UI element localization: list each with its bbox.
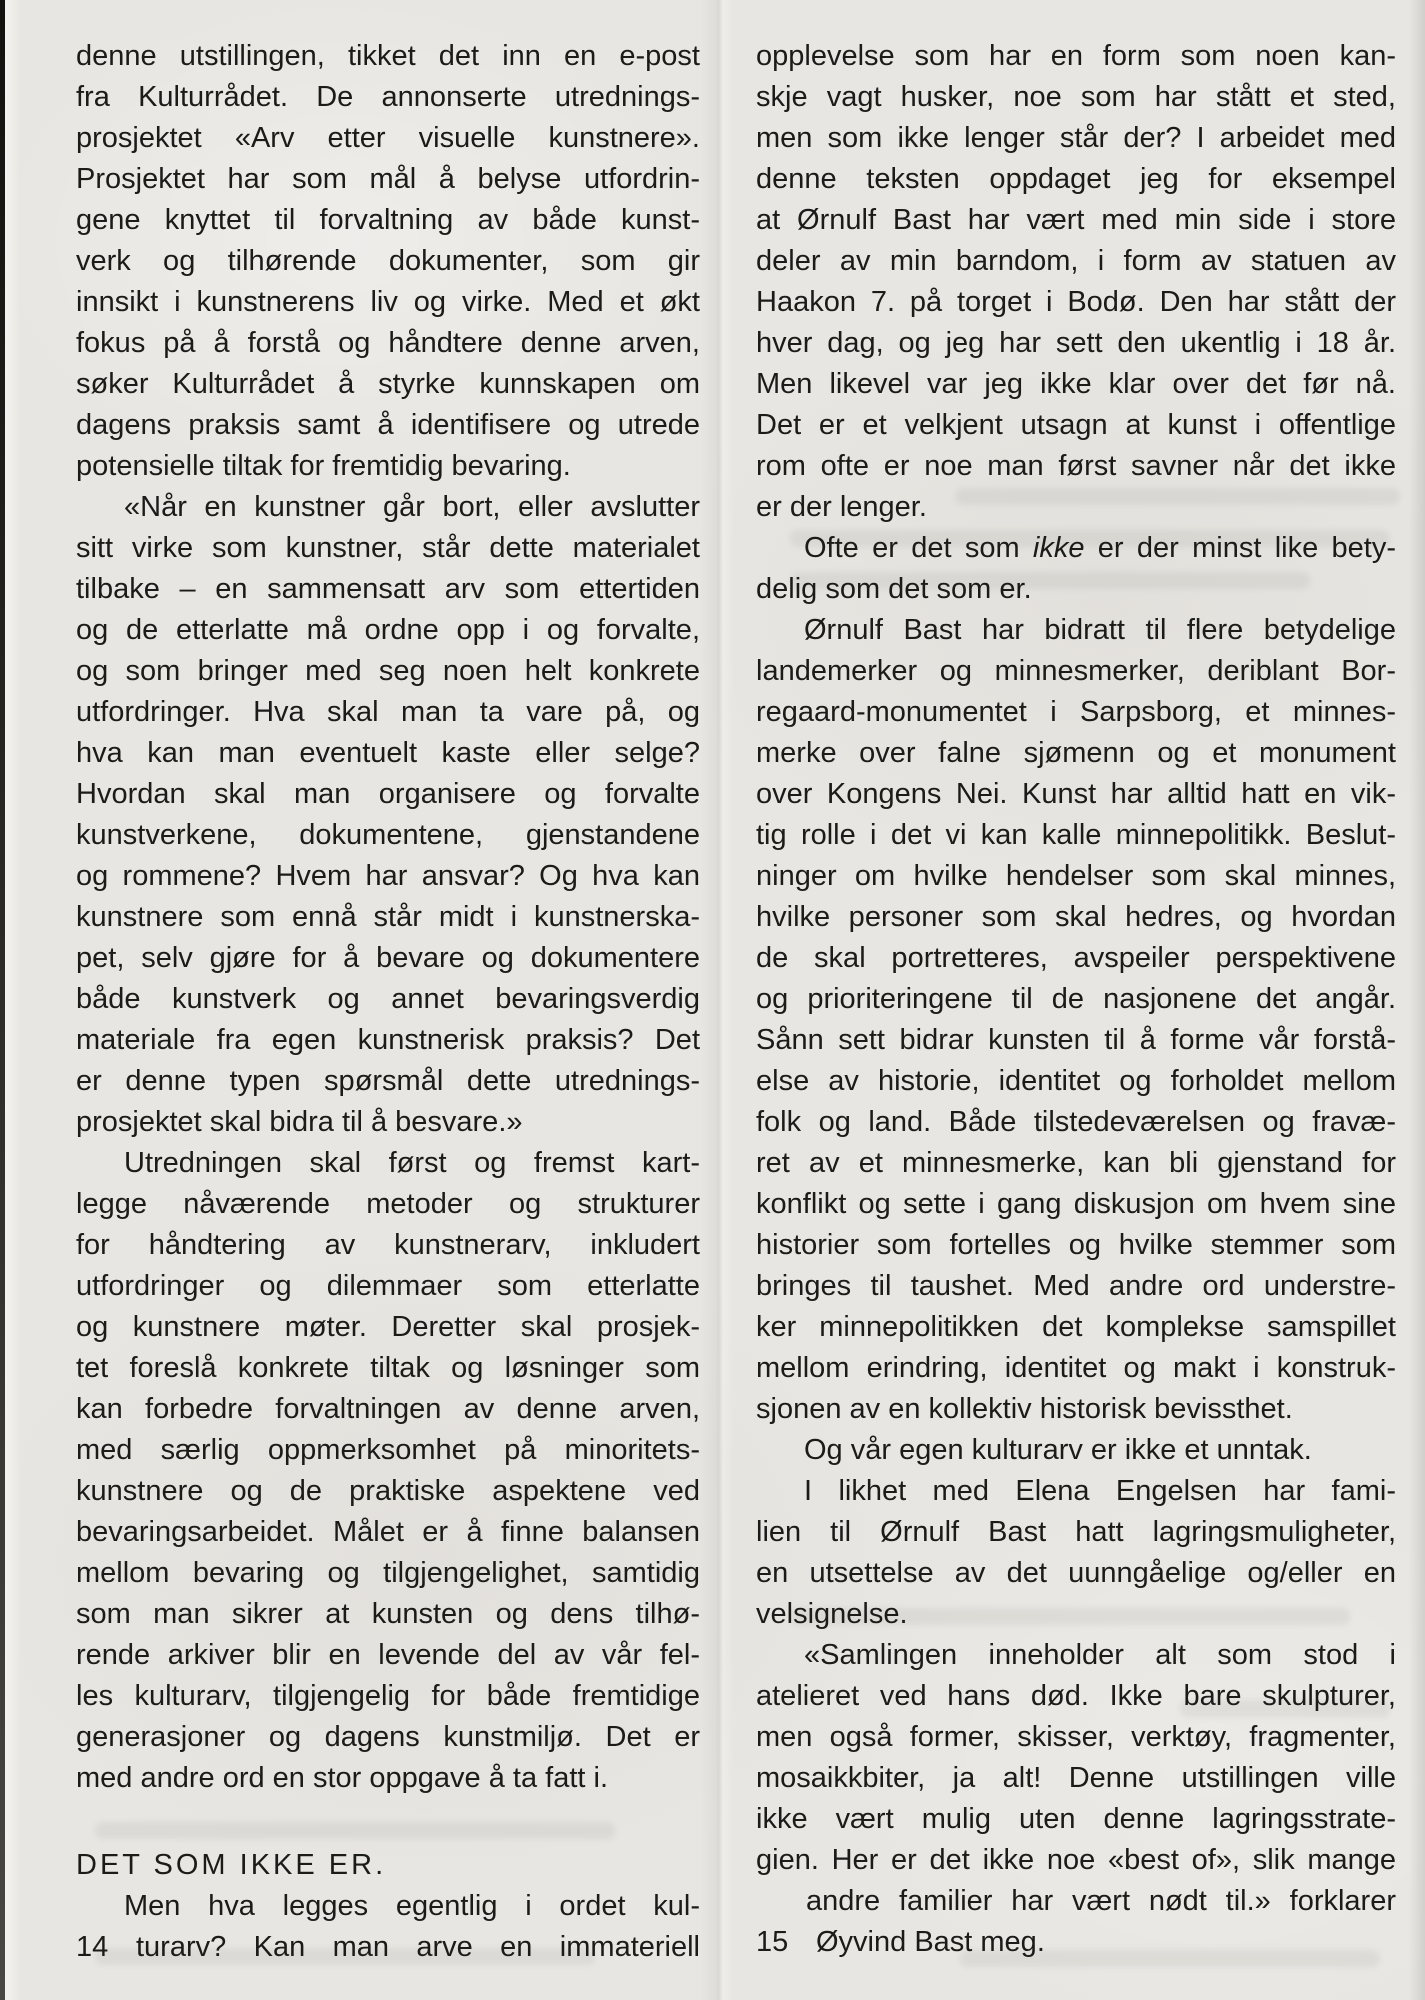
text-line: Utredningen skal først og fremst kart- [76,1143,700,1184]
text-line: Hvordan skal man organisere og forvalte [76,774,700,815]
text-line: legge nåværende metoder og strukturer [76,1184,700,1225]
text-line: og kunstnere møter. Deretter skal prosje… [76,1307,700,1348]
text-line: les kulturarv, tilgjengelig for både fre… [76,1676,700,1717]
scanned-document-page: denne utstillingen, tikket det inn en e-… [0,0,1425,2000]
text-line: de skal portretteres, avspeiler perspekt… [756,938,1396,979]
text-line: med særlig oppmerksomhet på minoritets- [76,1430,700,1471]
text-line: men som ikke lenger står der? I arbeidet… [756,118,1396,159]
text-line: for håndtering av kunstnerarv, inkludert [76,1225,700,1266]
text-line: hva kan man eventuelt kaste eller selge? [76,733,700,774]
text-line: dagens praksis samt å identifisere og ut… [76,405,700,446]
text-line: fokus på å forstå og håndtere denne arve… [76,323,700,364]
text-line: pet, selv gjøre for å bevare og dokument… [76,938,700,979]
text-line: landemerker og minnesmerker, deriblant B… [756,651,1396,692]
text-line: med andre ord en stor oppgave å ta fatt … [76,1758,700,1799]
text-line: Haakon 7. på torget i Bodø. Den har ståt… [756,282,1396,323]
text-line: søker Kulturrådet å styrke kunnskapen om [76,364,700,405]
text-line: ker minnepolitikken det komplekse samspi… [756,1307,1396,1348]
text-line: utfordringer. Hva skal man ta vare på, o… [76,692,700,733]
text-line: atelieret ved hans død. Ikke bare skulpt… [756,1676,1396,1717]
text-line: velsignelse. [756,1594,1396,1635]
paragraph: denne utstillingen, tikket det inn en e-… [76,36,700,487]
text-line: kunstnere som ennå står midt i kunstners… [76,897,700,938]
paragraph: Ørnulf Bast har bidratt til flere betyde… [756,610,1396,1430]
text-line: sitt virke som kunstner, står dette mate… [76,528,700,569]
text-line: er denne typen spørsmål dette utrednings… [76,1061,700,1102]
text-line: prosjektet skal bidra til å besvare.» [76,1102,700,1143]
paragraph: «Når en kunstner går bort, eller avslutt… [76,487,700,1143]
paragraph: I likhet med Elena Engelsen har fami-lie… [756,1471,1396,1635]
text-line: rende arkiver blir en levende del av vår… [76,1635,700,1676]
text-line: ret av et minnesmerke, kan bli gjenstand… [756,1143,1396,1184]
text-line: denne teksten oppdaget jeg for eksempel [756,159,1396,200]
left-column: denne utstillingen, tikket det inn en e-… [76,36,700,1968]
text-line: 15Øyvind Bast meg. [756,1922,1396,1963]
text-line: som man sikrer at kunsten og dens tilhø- [76,1594,700,1635]
text-line: I likhet med Elena Engelsen har fami- [756,1471,1396,1512]
text-line: kan forbedre forvaltningen av denne arve… [76,1389,700,1430]
text-line: deler av min barndom, i form av statuen … [756,241,1396,282]
scan-edge-highlight [5,0,21,2000]
text-line: skje vagt husker, noe som har stått et s… [756,77,1396,118]
text-line: rom ofte er noe man først savner når det… [756,446,1396,487]
text-line: materiale fra egen kunstnerisk praksis? … [76,1020,700,1061]
page-crease [700,0,740,2000]
italic-word: ikke [1033,532,1085,564]
text-line: historier som fortelles og hvilke stemme… [756,1225,1396,1266]
text-line: at Ørnulf Bast har vært med min side i s… [756,200,1396,241]
text-line: gene knyttet til forvaltning av både kun… [76,200,700,241]
text-line: merke over falne sjømenn og et monument [756,733,1396,774]
text-line: over Kongens Nei. Kunst har alltid hatt … [756,774,1396,815]
text-line: mosaikkbiter, ja alt! Denne utstillingen… [756,1758,1396,1799]
paragraph: Utredningen skal først og fremst kart-le… [76,1143,700,1799]
paragraph: opplevelse som har en form som noen kan-… [756,36,1396,528]
text-line: utfordringer og dilemmaer som etterlatte [76,1266,700,1307]
text-line: Ofte er det som ikke er der minst like b… [756,528,1396,569]
text-line: både kunstverk og annet bevaringsverdig [76,979,700,1020]
text-line: generasjoner og dagens kunstmiljø. Det e… [76,1717,700,1758]
text-line: Og vår egen kulturarv er ikke et unntak. [756,1430,1396,1471]
paragraph: Men hva legges egentlig i ordet kul-14tu… [76,1886,700,1968]
text-line: verk og tilhørende dokumenter, som gir [76,241,700,282]
paragraph: «Samlingen inneholder alt som stod iatel… [756,1635,1396,1963]
paragraph: Og vår egen kulturarv er ikke et unntak. [756,1430,1396,1471]
text-line: hver dag, og jeg har sett den ukentlig i… [756,323,1396,364]
text-line: og rommene? Hvem har ansvar? Og hva kan [76,856,700,897]
text-line: kunstverkene, dokumentene, gjenstandene [76,815,700,856]
text-line: og de etterlatte må ordne opp i og forva… [76,610,700,651]
text-line: og som bringer med seg noen helt konkret… [76,651,700,692]
text-line: lien til Ørnulf Bast hatt lagringsmuligh… [756,1512,1396,1553]
text-line: mellom erindring, identitet og makt i ko… [756,1348,1396,1389]
text-line: prosjektet «Arv etter visuelle kunstnere… [76,118,700,159]
text-line: kunstnere og de praktiske aspektene ved [76,1471,700,1512]
text-line: Men likevel var jeg ikke klar over det f… [756,364,1396,405]
text-line: ikke vært mulig uten denne lagringsstrat… [756,1799,1396,1840]
text-line: gien. Her er det ikke noe «best of», sli… [756,1840,1396,1881]
text-line: er der lenger. [756,487,1396,528]
scan-edge-shadow [1409,0,1425,2000]
text-line: men også former, skisser, verktøy, fragm… [756,1717,1396,1758]
text-line: DET SOM IKKE ER. [76,1845,700,1886]
text-line: denne utstillingen, tikket det inn en e-… [76,36,700,77]
text-line: og prioriteringene til de nasjonene det … [756,979,1396,1020]
text-line: tilbake – en sammensatt arv som ettertid… [76,569,700,610]
text-line: Ørnulf Bast har bidratt til flere betyde… [756,610,1396,651]
text-line: opplevelse som har en form som noen kan- [756,36,1396,77]
page-number: 14 [76,1927,136,1968]
text-line: bringes til taushet. Med andre ord under… [756,1266,1396,1307]
text-line: Det er et velkjent utsagn at kunst i off… [756,405,1396,446]
text-line: ninger om hvilke hendelser som skal minn… [756,856,1396,897]
paragraph: Ofte er det som ikke er der minst like b… [756,528,1396,610]
text-line: konflikt og sette i gang diskusjon om hv… [756,1184,1396,1225]
text-line: else av historie, identitet og forholdet… [756,1061,1396,1102]
text-line: innsikt i kunstnerens liv og virke. Med … [76,282,700,323]
section-heading: DET SOM IKKE ER. [76,1845,700,1886]
text-line: delig som det som er. [756,569,1396,610]
text-line: sjonen av en kollektiv historisk bevisst… [756,1389,1396,1430]
right-column: opplevelse som har en form som noen kan-… [756,36,1396,1963]
text-line: folk og land. Både tilstedeværelsen og f… [756,1102,1396,1143]
text-line: andre familier har vært nødt til.» forkl… [756,1881,1396,1922]
text-line: tet foreslå konkrete tiltak og løsninger… [76,1348,700,1389]
page-number: 15 [756,1922,816,1963]
text-line: Sånn sett bidrar kunsten til å forme vår… [756,1020,1396,1061]
text-line: potensielle tiltak for fremtidig bevarin… [76,446,700,487]
text-line: hvilke personer som skal hedres, og hvor… [756,897,1396,938]
text-line: mellom bevaring og tilgjengelighet, samt… [76,1553,700,1594]
text-line: bevaringsarbeidet. Målet er å finne bala… [76,1512,700,1553]
text-line: regaard-monumentet i Sarpsborg, et minne… [756,692,1396,733]
text-line: fra Kulturrådet. De annonserte utredning… [76,77,700,118]
text-line: tig rolle i det vi kan kalle minnepoliti… [756,815,1396,856]
text-line: 14turarv? Kan man arve en immateriell [76,1927,700,1968]
text-line: Men hva legges egentlig i ordet kul- [76,1886,700,1927]
text-line: «Når en kunstner går bort, eller avslutt… [76,487,700,528]
text-line: «Samlingen inneholder alt som stod i [756,1635,1396,1676]
text-line: en utsettelse av det uunngåelige og/elle… [756,1553,1396,1594]
text-line: Prosjektet har som mål å belyse utfordri… [76,159,700,200]
